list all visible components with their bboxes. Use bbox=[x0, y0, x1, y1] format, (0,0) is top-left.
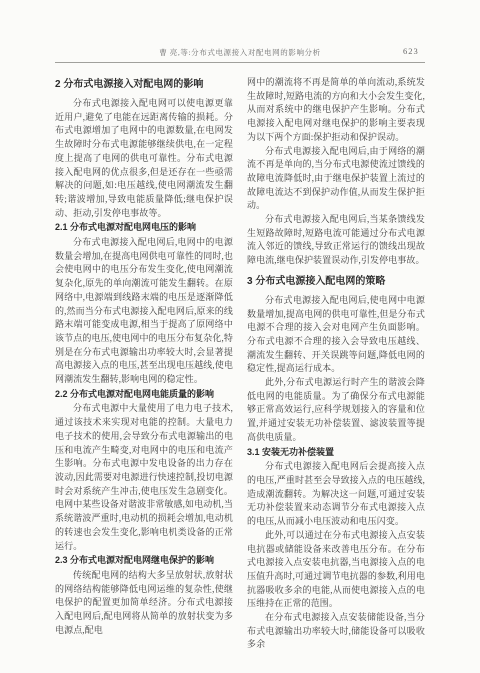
paragraph: 在分布式电源接入点安装储能设备,当分布式电源输出功率较大时,储能设备可以吸收多余 bbox=[247, 611, 425, 652]
subsection-heading: 2.1 分布式电源对配电网电压的影响 bbox=[55, 221, 233, 235]
paragraph: 此外,分布式电源运行时产生的谐波会降低电网的电能质量。为了确保分布式电源能够正常… bbox=[247, 376, 425, 445]
paragraph: 传统配电网的结构大多呈放射状,放射状的网络结构能够降低电网运维的复杂性,使继电保… bbox=[55, 569, 233, 638]
paragraph: 此外,可以通过在分布式电源接入点安装电抗器或储能设备来改善电压分布。在分布式电源… bbox=[247, 529, 425, 611]
section-heading: 3 分布式电源接入配电网的策略 bbox=[247, 275, 425, 289]
header-rule bbox=[55, 62, 425, 63]
subsection-heading: 2.2 分布式电源对配电网电能质量的影响 bbox=[55, 388, 233, 402]
right-column: 网中的潮流将不再是简单的单向流动,系统发生故障时,短路电流的方向和大小会发生变化… bbox=[247, 76, 425, 652]
paragraph-continuation: 网中的潮流将不再是简单的单向流动,系统发生故障时,短路电流的方向和大小会发生变化… bbox=[247, 76, 425, 145]
paragraph: 分布式电源接入配电网后,当某条馈线发生短路故障时,短路电流可能通过分布式电源流入… bbox=[247, 213, 425, 268]
left-column: 2 分布式电源接入对配电网的影响 分布式电源接入配电网可以使电源更靠近用户,避免… bbox=[55, 76, 233, 652]
paragraph: 分布式电源接入配电网后会提高接入点的电压,严重时甚至会导致接入点的电压越线,造成… bbox=[247, 460, 425, 529]
paragraph: 分布式电源接入配电网后,由于网络的潮流不再是单向的,当分布式电源使流过馈线的故障… bbox=[247, 145, 425, 214]
running-head-title: 曹 亮,等:分布式电源接入对配电网的影响分析 bbox=[55, 47, 425, 58]
paragraph: 分布式电源接入配电网后,使电网中电源数量增加,提高电网的供电可靠性,但是分布式电… bbox=[247, 294, 425, 376]
paragraph: 分布式电源接入配电网后,电网中的电源数量会增加,在提高电网供电可靠性的同时,也会… bbox=[55, 236, 233, 387]
paragraph: 分布式电源中大量使用了电力电子技术,通过该技术来实现对电能的控制。大量电力电子技… bbox=[55, 402, 233, 553]
section-heading: 2 分布式电源接入对配电网的影响 bbox=[55, 78, 233, 92]
paragraph: 分布式电源接入配电网可以使电源更靠近用户,避免了电能在远距离传输的损耗。分布式电… bbox=[55, 97, 233, 220]
subsection-heading: 2.3 分布式电源对配电网继电保护的影响 bbox=[55, 554, 233, 568]
page-number: 623 bbox=[403, 46, 419, 56]
paper-page: 曹 亮,等:分布式电源接入对配电网的影响分析 623 2 分布式电源接入对配电网… bbox=[0, 0, 480, 673]
subsection-heading: 3.1 安装无功补偿装置 bbox=[247, 446, 425, 460]
text-body: 2 分布式电源接入对配电网的影响 分布式电源接入配电网可以使电源更靠近用户,避免… bbox=[55, 76, 425, 652]
